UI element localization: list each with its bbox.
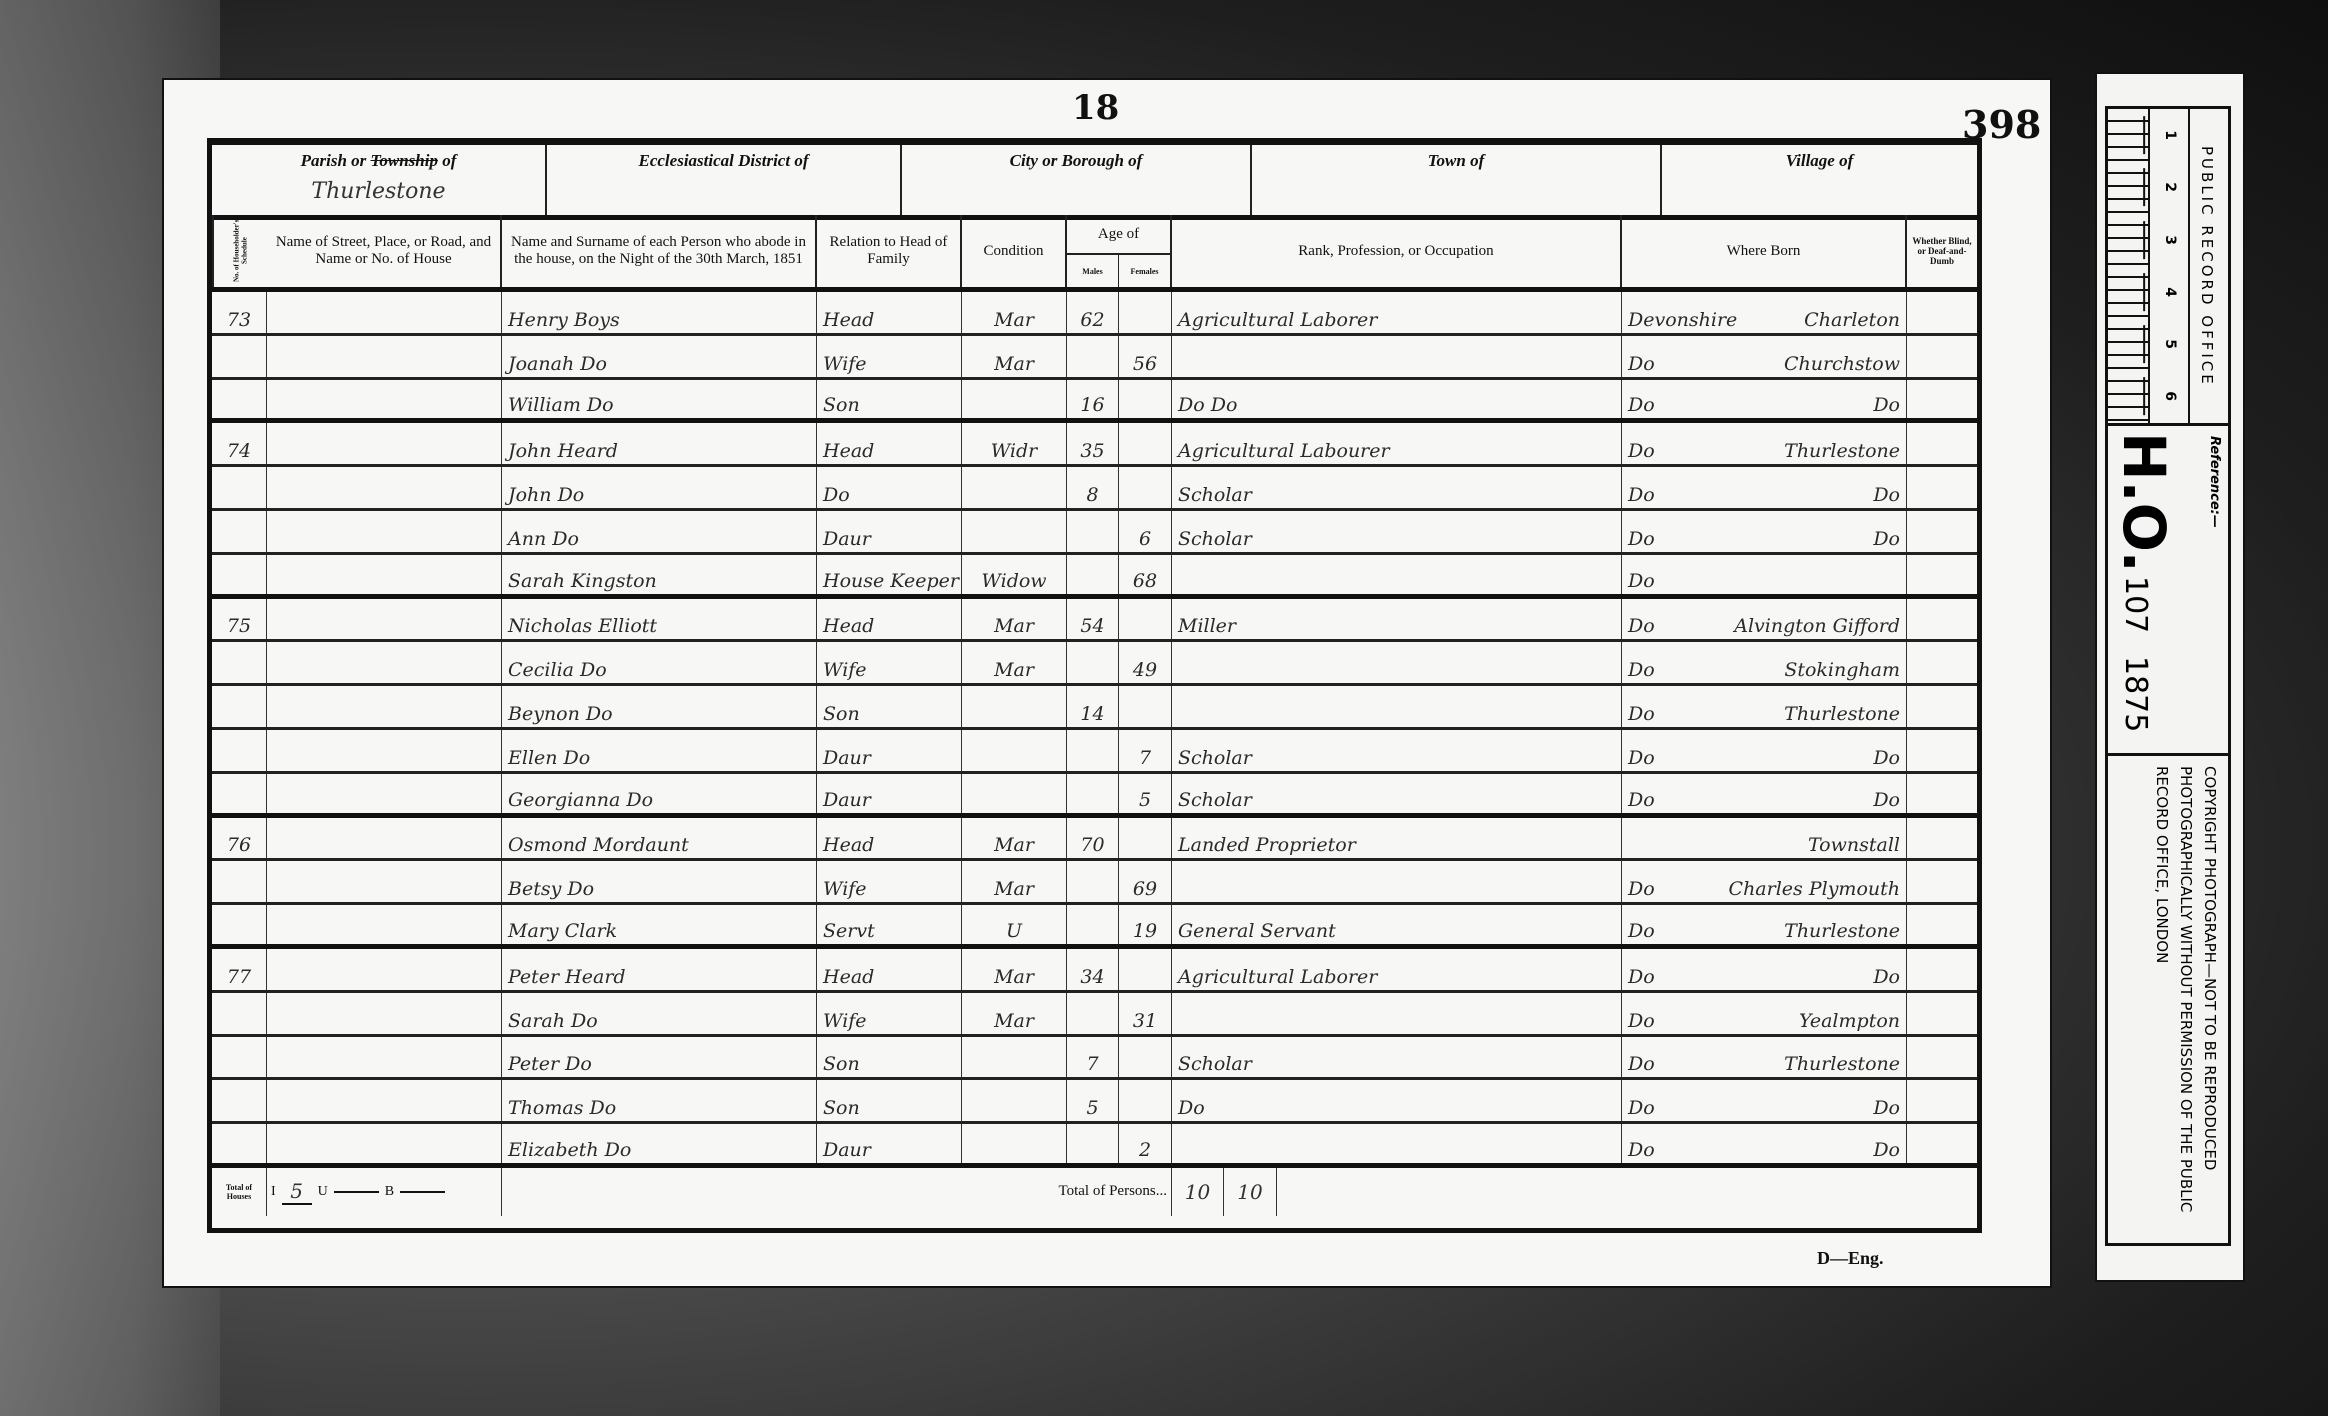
class-number: 107 — [2118, 576, 2153, 633]
copyright-notice: COPYRIGHT PHOTOGRAPH—NOT TO BE REPRODUCE… — [2105, 756, 2231, 1246]
relation: Wife — [817, 861, 962, 902]
male-age — [1067, 511, 1119, 552]
table-row: Georgianna DoDaur5ScholarDoDo — [212, 774, 1977, 818]
piece-number: 1875 — [2118, 656, 2153, 732]
born-county: Do — [1628, 353, 1655, 375]
condition: U — [962, 905, 1067, 944]
census-table: Parish or Township of Thurlestone Eccles… — [207, 138, 1982, 1233]
female-age — [1119, 599, 1172, 640]
male-age — [1067, 336, 1119, 377]
condition — [962, 1080, 1067, 1121]
blind-deaf — [1907, 818, 1977, 859]
schedule-number — [212, 380, 267, 419]
table-row: 75Nicholas ElliottHeadMar54MillerDoAlvin… — [212, 599, 1977, 643]
male-age: 16 — [1067, 380, 1119, 419]
person-name: Cecilia Do — [502, 642, 817, 683]
blind-deaf — [1907, 1124, 1977, 1163]
blind-deaf — [1907, 905, 1977, 944]
table-row: Joanah DoWifeMar56DoChurchstow — [212, 336, 1977, 380]
schedule-number — [212, 730, 267, 771]
female-age: 68 — [1119, 555, 1172, 594]
blind-deaf — [1907, 642, 1977, 683]
col-name: Name and Surname of each Person who abod… — [502, 215, 817, 287]
person-name: Thomas Do — [502, 1080, 817, 1121]
occupation: Agricultural Laborer — [1172, 949, 1622, 990]
occupation — [1172, 686, 1622, 727]
born-county: Do — [1628, 440, 1655, 462]
person-name: Henry Boys — [502, 292, 817, 333]
blind-deaf — [1907, 336, 1977, 377]
street-address — [267, 730, 502, 771]
col-age: Age of MalesFemales — [1067, 215, 1172, 287]
person-name: Sarah Do — [502, 993, 817, 1034]
occupation — [1172, 642, 1622, 683]
schedule-number: 77 — [212, 949, 267, 990]
blind-deaf — [1907, 292, 1977, 333]
relation: House Keeper — [817, 555, 962, 594]
relation: Daur — [817, 511, 962, 552]
table-row: Ann DoDaur6ScholarDoDo — [212, 511, 1977, 555]
born-place: Stokingham — [1784, 659, 1900, 681]
col-occupation: Rank, Profession, or Occupation — [1172, 215, 1622, 287]
person-name: John Heard — [502, 423, 817, 464]
col-relation: Relation to Head of Family — [817, 215, 962, 287]
relation: Son — [817, 1037, 962, 1078]
schedule-number: 75 — [212, 599, 267, 640]
born-county: Do — [1628, 878, 1655, 900]
table-row: Peter DoSon7ScholarDoThurlestone — [212, 1037, 1977, 1081]
female-age — [1119, 949, 1172, 990]
occupation: Miller — [1172, 599, 1622, 640]
where-born: DoDo — [1622, 1080, 1907, 1121]
occupation — [1172, 861, 1622, 902]
person-name: Nicholas Elliott — [502, 599, 817, 640]
relation: Son — [817, 1080, 962, 1121]
street-address — [267, 993, 502, 1034]
person-name: Sarah Kingston — [502, 555, 817, 594]
house-counts: I5UB — [267, 1168, 502, 1216]
occupation — [1172, 1124, 1622, 1163]
persons-label: Total of Persons... — [502, 1168, 1172, 1216]
occupation: Scholar — [1172, 1037, 1622, 1078]
series-code: H.O. — [2114, 432, 2174, 573]
schedule-number — [212, 336, 267, 377]
table-row: Cecilia DoWifeMar49DoStokingham — [212, 642, 1977, 686]
male-age: 14 — [1067, 686, 1119, 727]
schedule-number — [212, 555, 267, 594]
where-born: DevonshireCharleton — [1622, 292, 1907, 333]
street-address — [267, 292, 502, 333]
males-total: 10 — [1172, 1168, 1224, 1216]
table-row: 77Peter HeardHeadMar34Agricultural Labor… — [212, 949, 1977, 993]
person-name: Beynon Do — [502, 686, 817, 727]
ruler-ticks — [2108, 109, 2150, 423]
condition — [962, 730, 1067, 771]
condition — [962, 467, 1067, 508]
person-name: Peter Do — [502, 1037, 817, 1078]
person-name: Georgianna Do — [502, 774, 817, 813]
table-row: Sarah DoWifeMar31DoYealmpton — [212, 993, 1977, 1037]
female-age: 2 — [1119, 1124, 1172, 1163]
blind-deaf — [1907, 730, 1977, 771]
street-address — [267, 818, 502, 859]
where-born: DoDo — [1622, 380, 1907, 419]
village-cell: Village of — [1662, 145, 1977, 215]
female-age — [1119, 1037, 1172, 1078]
female-age — [1119, 380, 1172, 419]
female-age: 6 — [1119, 511, 1172, 552]
condition: Mar — [962, 949, 1067, 990]
born-county: Do — [1628, 394, 1655, 416]
occupation: General Servant — [1172, 905, 1622, 944]
schedule-number — [212, 905, 267, 944]
female-age: 56 — [1119, 336, 1172, 377]
male-age — [1067, 774, 1119, 813]
where-born: DoDo — [1622, 949, 1907, 990]
schedule-number — [212, 1037, 267, 1078]
relation: Daur — [817, 730, 962, 771]
born-place: Thurlestone — [1784, 440, 1900, 462]
condition: Mar — [962, 861, 1067, 902]
blind-deaf — [1907, 423, 1977, 464]
schedule-number — [212, 511, 267, 552]
person-name: Ann Do — [502, 511, 817, 552]
relation: Son — [817, 380, 962, 419]
born-place: Thurlestone — [1784, 1053, 1900, 1075]
where-born: DoDo — [1622, 1124, 1907, 1163]
blind-deaf — [1907, 555, 1977, 594]
where-born: Do — [1622, 555, 1907, 594]
census-rows: 73Henry BoysHeadMar62Agricultural Labore… — [212, 292, 1977, 1216]
folio-number: 18 — [1072, 88, 1119, 128]
born-place: Churchstow — [1784, 353, 1900, 375]
born-county: Do — [1628, 966, 1655, 988]
schedule-number — [212, 642, 267, 683]
condition — [962, 686, 1067, 727]
schedule-number — [212, 1080, 267, 1121]
born-county: Do — [1628, 703, 1655, 725]
male-age — [1067, 730, 1119, 771]
female-age — [1119, 686, 1172, 727]
born-county: Do — [1628, 789, 1655, 811]
male-age — [1067, 861, 1119, 902]
born-place: Do — [1873, 528, 1900, 550]
condition: Mar — [962, 599, 1067, 640]
schedule-number — [212, 467, 267, 508]
condition — [962, 511, 1067, 552]
condition — [962, 1124, 1067, 1163]
street-address — [267, 1124, 502, 1163]
col-females: Females — [1119, 255, 1170, 287]
town-cell: Town of — [1252, 145, 1662, 215]
occupation: Scholar — [1172, 467, 1622, 508]
born-county: Do — [1628, 1097, 1655, 1119]
street-address — [267, 599, 502, 640]
occupation: Do — [1172, 1080, 1622, 1121]
relation: Wife — [817, 336, 962, 377]
male-age: 5 — [1067, 1080, 1119, 1121]
occupation: Scholar — [1172, 730, 1622, 771]
blind-deaf — [1907, 993, 1977, 1034]
inhabited-count: 5 — [282, 1179, 312, 1205]
relation: Head — [817, 818, 962, 859]
relation: Head — [817, 949, 962, 990]
male-age — [1067, 905, 1119, 944]
born-county: Do — [1628, 528, 1655, 550]
born-place: Do — [1873, 394, 1900, 416]
where-born: DoStokingham — [1622, 642, 1907, 683]
reference-label: Reference:— — [2207, 436, 2222, 528]
occupation: Landed Proprietor — [1172, 818, 1622, 859]
city-cell: City or Borough of — [902, 145, 1252, 215]
where-born: DoThurlestone — [1622, 1037, 1907, 1078]
uninhabited-count — [334, 1191, 379, 1193]
condition — [962, 1037, 1067, 1078]
relation: Son — [817, 686, 962, 727]
blind-deaf — [1907, 599, 1977, 640]
born-county: Do — [1628, 659, 1655, 681]
person-name: Elizabeth Do — [502, 1124, 817, 1163]
col-condition: Condition — [962, 215, 1067, 287]
village-label: Village of — [1662, 151, 1977, 171]
female-age: 69 — [1119, 861, 1172, 902]
person-name: Ellen Do — [502, 730, 817, 771]
schedule-number — [212, 774, 267, 813]
totals-row: Total of HousesI5UBTotal of Persons...10… — [212, 1168, 1977, 1216]
person-name: Joanah Do — [502, 336, 817, 377]
schedule-number — [212, 861, 267, 902]
females-total: 10 — [1224, 1168, 1277, 1216]
schedule-number — [212, 1124, 267, 1163]
table-row: 73Henry BoysHeadMar62Agricultural Labore… — [212, 292, 1977, 336]
where-born: DoThurlestone — [1622, 423, 1907, 464]
relation: Servt — [817, 905, 962, 944]
street-address — [267, 336, 502, 377]
blind-deaf — [1907, 467, 1977, 508]
male-age: 35 — [1067, 423, 1119, 464]
where-born: DoCharles Plymouth — [1622, 861, 1907, 902]
where-born: DoDo — [1622, 774, 1907, 813]
born-county: Do — [1628, 570, 1655, 592]
born-place: Do — [1873, 1097, 1900, 1119]
table-row: Ellen DoDaur7ScholarDoDo — [212, 730, 1977, 774]
person-name: John Do — [502, 467, 817, 508]
street-address — [267, 1080, 502, 1121]
relation: Head — [817, 599, 962, 640]
where-born: DoYealmpton — [1622, 993, 1907, 1034]
street-address — [267, 949, 502, 990]
form-code: D—Eng. — [1817, 1248, 1884, 1269]
relation: Daur — [817, 1124, 962, 1163]
condition — [962, 380, 1067, 419]
occupation: Scholar — [1172, 511, 1622, 552]
female-age — [1119, 423, 1172, 464]
measurement-scale: 123456 PUBLIC RECORD OFFICE — [2105, 106, 2231, 426]
condition: Widr — [962, 423, 1067, 464]
blind-deaf — [1907, 1080, 1977, 1121]
reference-box: H.O. 107 1875 Reference:— — [2105, 426, 2231, 756]
born-place: Alvington Gifford — [1734, 615, 1900, 637]
table-row: Elizabeth DoDaur2DoDo — [212, 1124, 1977, 1168]
col-street: Name of Street, Place, or Road, and Name… — [267, 215, 502, 287]
blind-deaf — [1907, 1037, 1977, 1078]
blind-deaf — [1907, 861, 1977, 902]
born-place: Townstall — [1808, 834, 1900, 856]
occupation: Scholar — [1172, 774, 1622, 813]
condition: Mar — [962, 336, 1067, 377]
blind-deaf — [1907, 949, 1977, 990]
female-age: 19 — [1119, 905, 1172, 944]
blind-deaf — [1907, 774, 1977, 813]
census-page: 18 398 Parish or Township of Thurlestone… — [162, 78, 2052, 1288]
street-address — [267, 686, 502, 727]
born-place: Do — [1873, 484, 1900, 506]
table-row: William DoSon16Do DoDoDo — [212, 380, 1977, 424]
street-address — [267, 774, 502, 813]
condition: Mar — [962, 642, 1067, 683]
street-address — [267, 511, 502, 552]
city-label: City or Borough of — [902, 151, 1250, 171]
table-row: Beynon DoSon14DoThurlestone — [212, 686, 1977, 730]
street-address — [267, 642, 502, 683]
record-office-label: PUBLIC RECORD OFFICE — [2186, 109, 2228, 423]
blind-deaf — [1907, 380, 1977, 419]
female-age: 5 — [1119, 774, 1172, 813]
male-age — [1067, 642, 1119, 683]
col-males: Males — [1067, 255, 1119, 287]
table-row: 74John HeardHeadWidr35Agricultural Labou… — [212, 423, 1977, 467]
schedule-number: 74 — [212, 423, 267, 464]
where-born: DoChurchstow — [1622, 336, 1907, 377]
person-name: Mary Clark — [502, 905, 817, 944]
born-place: Charleton — [1804, 309, 1900, 331]
schedule-number — [212, 993, 267, 1034]
street-address — [267, 1037, 502, 1078]
table-row: Sarah KingstonHouse KeeperWidow68Do — [212, 555, 1977, 599]
born-county: Do — [1628, 747, 1655, 769]
where-born: DoThurlestone — [1622, 686, 1907, 727]
relation: Wife — [817, 993, 962, 1034]
person-name: Osmond Mordaunt — [502, 818, 817, 859]
street-address — [267, 467, 502, 508]
born-county: Do — [1628, 920, 1655, 942]
blind-deaf — [1907, 686, 1977, 727]
relation: Wife — [817, 642, 962, 683]
person-name: Peter Heard — [502, 949, 817, 990]
relation: Head — [817, 292, 962, 333]
where-born: DoThurlestone — [1622, 905, 1907, 944]
condition: Widow — [962, 555, 1067, 594]
table-row: Betsy DoWifeMar69DoCharles Plymouth — [212, 861, 1977, 905]
archive-reference-strip: 123456 PUBLIC RECORD OFFICE H.O. 107 187… — [2095, 72, 2245, 1282]
town-label: Town of — [1252, 151, 1660, 171]
female-age — [1119, 467, 1172, 508]
schedule-number: 76 — [212, 818, 267, 859]
female-age: 31 — [1119, 993, 1172, 1034]
male-age: 34 — [1067, 949, 1119, 990]
person-name: William Do — [502, 380, 817, 419]
street-address — [267, 861, 502, 902]
born-place: Thurlestone — [1784, 920, 1900, 942]
occupation — [1172, 993, 1622, 1034]
street-address — [267, 380, 502, 419]
male-age — [1067, 993, 1119, 1034]
ecclesiastical-cell: Ecclesiastical District of — [547, 145, 902, 215]
born-county: Do — [1628, 1010, 1655, 1032]
occupation: Do Do — [1172, 380, 1622, 419]
born-place: Charles Plymouth — [1729, 878, 1900, 900]
street-address — [267, 905, 502, 944]
occupation — [1172, 336, 1622, 377]
born-county: Devonshire — [1628, 309, 1737, 331]
building-count — [400, 1191, 445, 1193]
male-age: 70 — [1067, 818, 1119, 859]
born-place: Do — [1873, 1139, 1900, 1161]
scale-numbers: 123456 — [2150, 109, 2190, 423]
male-age: 62 — [1067, 292, 1119, 333]
where-born: DoDo — [1622, 467, 1907, 508]
table-row: Mary ClarkServtU19General ServantDoThurl… — [212, 905, 1977, 949]
male-age: 7 — [1067, 1037, 1119, 1078]
occupation: Agricultural Labourer — [1172, 423, 1622, 464]
col-where-born: Where Born — [1622, 215, 1907, 287]
occupation: Agricultural Laborer — [1172, 292, 1622, 333]
occupation — [1172, 555, 1622, 594]
parish-value: Thurlestone — [212, 179, 545, 204]
born-place: Do — [1873, 966, 1900, 988]
female-age — [1119, 1080, 1172, 1121]
relation: Daur — [817, 774, 962, 813]
where-born: DoDo — [1622, 730, 1907, 771]
born-county: Do — [1628, 1053, 1655, 1075]
born-place: Do — [1873, 789, 1900, 811]
male-age: 54 — [1067, 599, 1119, 640]
male-age — [1067, 555, 1119, 594]
col-blind-deaf: Whether Blind, or Deaf-and-Dumb — [1907, 215, 1977, 287]
condition: Mar — [962, 292, 1067, 333]
condition: Mar — [962, 993, 1067, 1034]
condition — [962, 774, 1067, 813]
born-county: Do — [1628, 615, 1655, 637]
street-address — [267, 555, 502, 594]
col-schedule: No. of Householder's Schedule — [212, 215, 267, 287]
where-born: DoAlvington Gifford — [1622, 599, 1907, 640]
street-address — [267, 423, 502, 464]
schedule-number: 73 — [212, 292, 267, 333]
relation: Do — [817, 467, 962, 508]
born-county: Do — [1628, 1139, 1655, 1161]
houses-label: Total of Houses — [212, 1168, 267, 1216]
male-age: 8 — [1067, 467, 1119, 508]
parish-label: Parish or Township of — [212, 151, 545, 171]
location-header: Parish or Township of Thurlestone Eccles… — [212, 145, 1977, 220]
blind-deaf — [1907, 511, 1977, 552]
condition: Mar — [962, 818, 1067, 859]
person-name: Betsy Do — [502, 861, 817, 902]
schedule-number — [212, 686, 267, 727]
column-headers: No. of Householder's Schedule Name of St… — [212, 215, 1977, 292]
table-row: John DoDo8ScholarDoDo — [212, 467, 1977, 511]
female-age: 7 — [1119, 730, 1172, 771]
where-born: DoDo — [1622, 511, 1907, 552]
female-age — [1119, 292, 1172, 333]
born-place: Thurlestone — [1784, 703, 1900, 725]
born-place: Do — [1873, 747, 1900, 769]
female-age: 49 — [1119, 642, 1172, 683]
ecclesiastical-label: Ecclesiastical District of — [547, 151, 900, 171]
male-age — [1067, 1124, 1119, 1163]
female-age — [1119, 818, 1172, 859]
